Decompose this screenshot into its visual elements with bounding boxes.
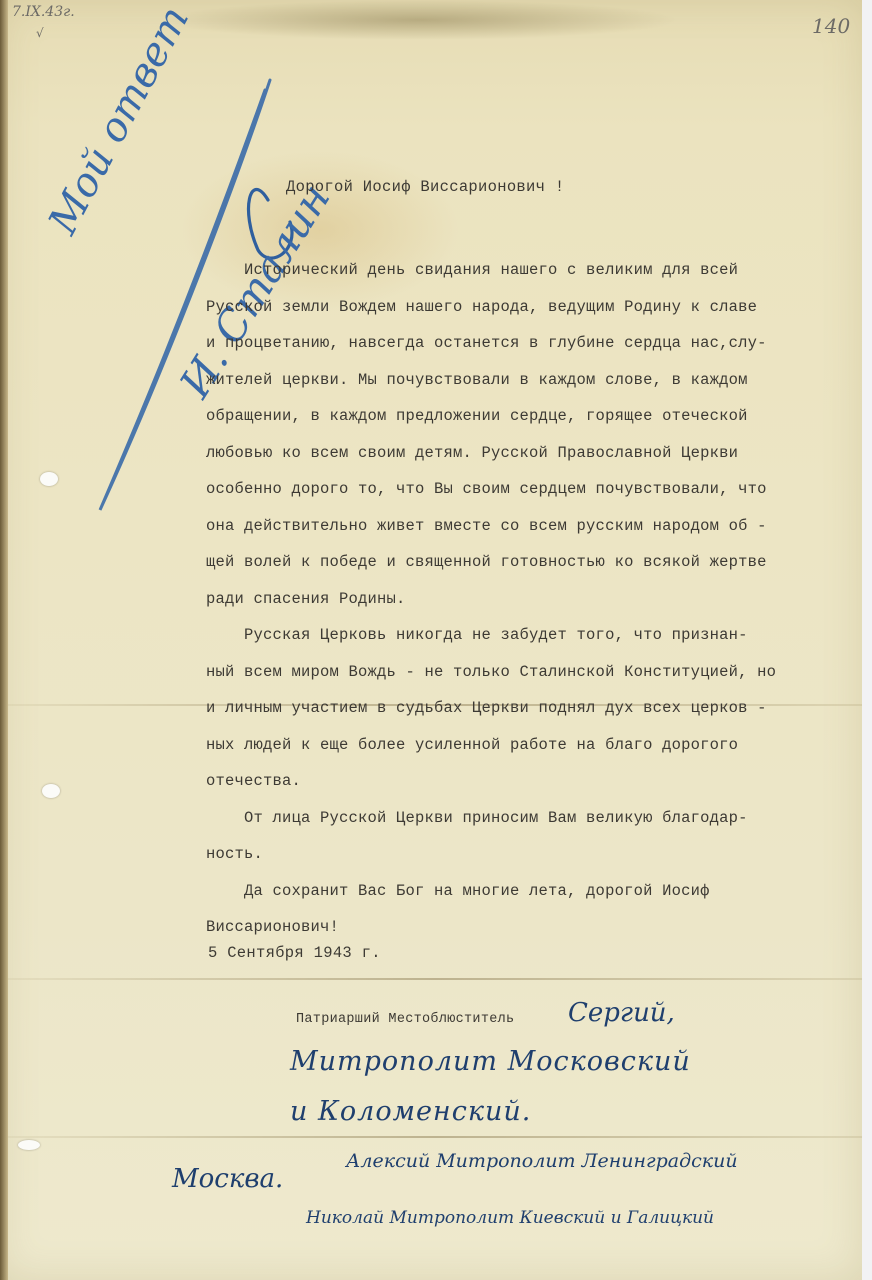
letter-line: щей волей к победе и священной готовност… (206, 544, 846, 581)
letter-line: любовью ко всем своим детям. Русской Пра… (206, 435, 846, 472)
letter-line: Исторический день свидания нашего с вели… (206, 252, 846, 289)
letter-line: отечества. (206, 763, 846, 800)
letter-line: обращении, в каждом предложении сердце, … (206, 398, 846, 435)
letter-body: Исторический день свидания нашего с вели… (206, 252, 846, 946)
signature-place: Москва. (172, 1164, 283, 1194)
document-page: 7.IX.43г. √ 140 Мой ответ И. Сталин Доро… (0, 0, 862, 1280)
letter-line: ность. (206, 836, 846, 873)
letter-line: Русской земли Вождем нашего народа, веду… (206, 289, 846, 326)
letter-line: ради спасения Родины. (206, 581, 846, 618)
signature-nikolai: Николай Митрополит Киевский и Галицкий (306, 1208, 714, 1228)
letter-line: она действительно живет вместе со всем р… (206, 508, 846, 545)
letter-line: и процветанию, навсегда останется в глуб… (206, 325, 846, 362)
letter-salutation: Дорогой Иосиф Виссарионович ! (286, 178, 564, 196)
signature-sergiy-title: Митрополит Московский (290, 1046, 691, 1077)
letter-line: жителей церкви. Мы почувствовали в каждо… (206, 362, 846, 399)
letter-line: особенно дорого то, что Вы своим сердцем… (206, 471, 846, 508)
letter-line: ный всем миром Вождь - не только Сталинс… (206, 654, 846, 691)
letter-line: Да сохранит Вас Бог на многие лета, доро… (206, 873, 846, 910)
letter-line: Русская Церковь никогда не забудет того,… (206, 617, 846, 654)
letter-line: и личным участием в судьбах Церкви подня… (206, 690, 846, 727)
signature-alexiy: Алексий Митрополит Ленинградский (346, 1150, 738, 1172)
letter-date: 5 Сентября 1943 г. (208, 944, 381, 962)
signature-sergiy: Сергий, (568, 998, 675, 1028)
letter-line: Виссарионович! (206, 909, 846, 946)
letter-line: От лица Русской Церкви приносим Вам вели… (206, 800, 846, 837)
letter-line: ных людей к еще более усиленной работе н… (206, 727, 846, 764)
signature-sergiy-diocese: и Коломенский. (290, 1096, 531, 1127)
typed-signatory-title: Патриарший Местоблюститель (296, 1012, 514, 1027)
